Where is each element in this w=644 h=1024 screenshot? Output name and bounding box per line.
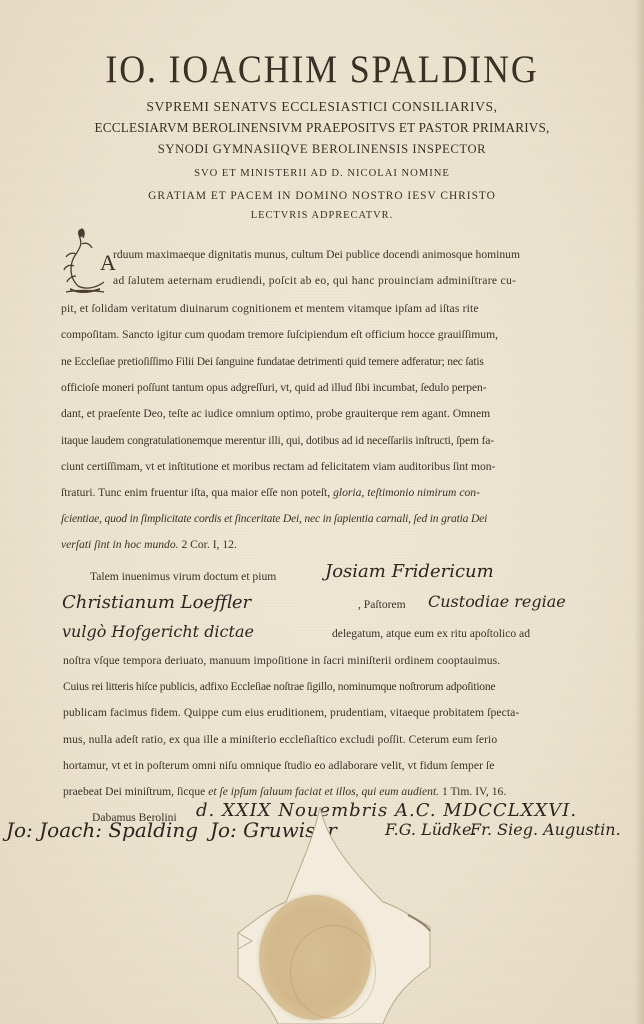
scripture-reference: 2 Cor. I, 12. (179, 538, 237, 551)
handwritten-office: Custodiae regiae (428, 592, 566, 611)
body-line: Talem inuenimus virum doctum et pium (90, 570, 276, 584)
ornamental-initial-icon: A (60, 226, 110, 298)
scripture-quote: verſati ſint in hoc mundo. (61, 538, 179, 551)
body-line: publicam facimus fidem. Quippe cum eius … (63, 706, 519, 720)
body-line: compoſitam. Sancto igitur cum quodam tre… (61, 328, 498, 342)
scripture-reference: 1 Tim. IV, 16. (439, 785, 506, 798)
scripture-quote: gloria, teſtimonio nimirum con- (333, 486, 480, 499)
handwritten-office: vulgò Hofgericht dictae (62, 622, 254, 641)
body-line: hortamur, vt et in poſterum omni niſu om… (63, 759, 494, 773)
scripture-quote: et ſe ipſum ſaluum faciat et illos, qui … (208, 785, 439, 798)
body-line: Cuius rei litteris hiſce publicis, adfix… (63, 680, 495, 694)
header-line-5: GRATIAM ET PACEM IN DOMINO NOSTRO IESV C… (0, 190, 644, 202)
body-line: dant, et praeſente Deo, teſte ac iudice … (61, 407, 490, 421)
body-line: mus, nulla adeſt ratio, ex qua ille a mi… (63, 733, 497, 747)
body-line: praebeat Dei miniſtrum, ſicque et ſe ipſ… (63, 785, 506, 799)
body-line: , Paſtorem (358, 598, 406, 612)
header-line-3: SYNODI GYMNASIIQVE BEROLINENSIS INSPECTO… (0, 142, 644, 157)
seal-emblem-icon (290, 925, 376, 1019)
body-line: itaque laudem congratulationemque merent… (61, 434, 494, 448)
body-line: ciunt certiſſimam, vt et inſtitutione et… (61, 460, 495, 474)
body-line: rduum maximaeque dignitatis munus, cultu… (113, 248, 520, 262)
body-line: verſati ſint in hoc mundo. 2 Cor. I, 12. (61, 538, 237, 552)
handwritten-name: Christianum Loeffler (62, 592, 251, 613)
header-line-1: SVPREMI SENATVS ECCLESIASTICI CONSILIARI… (0, 99, 644, 115)
body-text: praebeat Dei miniſtrum, ſicque (63, 785, 208, 798)
header-line-4: SVO ET MINISTERII AD D. NICOLAI NOMINE (0, 168, 644, 179)
header-line-2: ECCLESIARVM BEROLINENSIVM PRAEPOSITVS ET… (0, 120, 644, 136)
body-line: noſtra vſque tempora deriuato, manuum im… (63, 654, 500, 668)
body-line: ſtraturi. Tunc enim fruentur iſta, qua m… (61, 486, 480, 500)
body-line: delegatum, atque eum ex ritu apoſtolico … (332, 627, 530, 641)
scripture-quote: ſcientiae, quod in ſimplicitate cordis e… (61, 512, 487, 526)
body-line: ne Eccleſiae pretioſiſſimo Filii Dei ſan… (61, 355, 484, 369)
signature-spalding: Jo: Joach: Spalding (6, 818, 198, 842)
body-line: pit, et ſolidam veritatum diuinarum cogn… (61, 302, 479, 316)
signature-augustin: Fr. Sieg. Augustin. (470, 820, 621, 839)
handwritten-name: Josiam Fridericum (325, 561, 494, 582)
document-title: IO. IOACHIM SPALDING (26, 46, 618, 94)
body-line: officioſe moneri poſſunt tantum opus adg… (61, 381, 487, 395)
body-line: ad ſalutem aeternam erudiendi, poſcit ab… (113, 274, 516, 288)
header-line-6: LECTVRIS ADPRECATVR. (0, 210, 644, 221)
body-text: ſtraturi. Tunc enim fruentur iſta, qua m… (61, 486, 333, 499)
